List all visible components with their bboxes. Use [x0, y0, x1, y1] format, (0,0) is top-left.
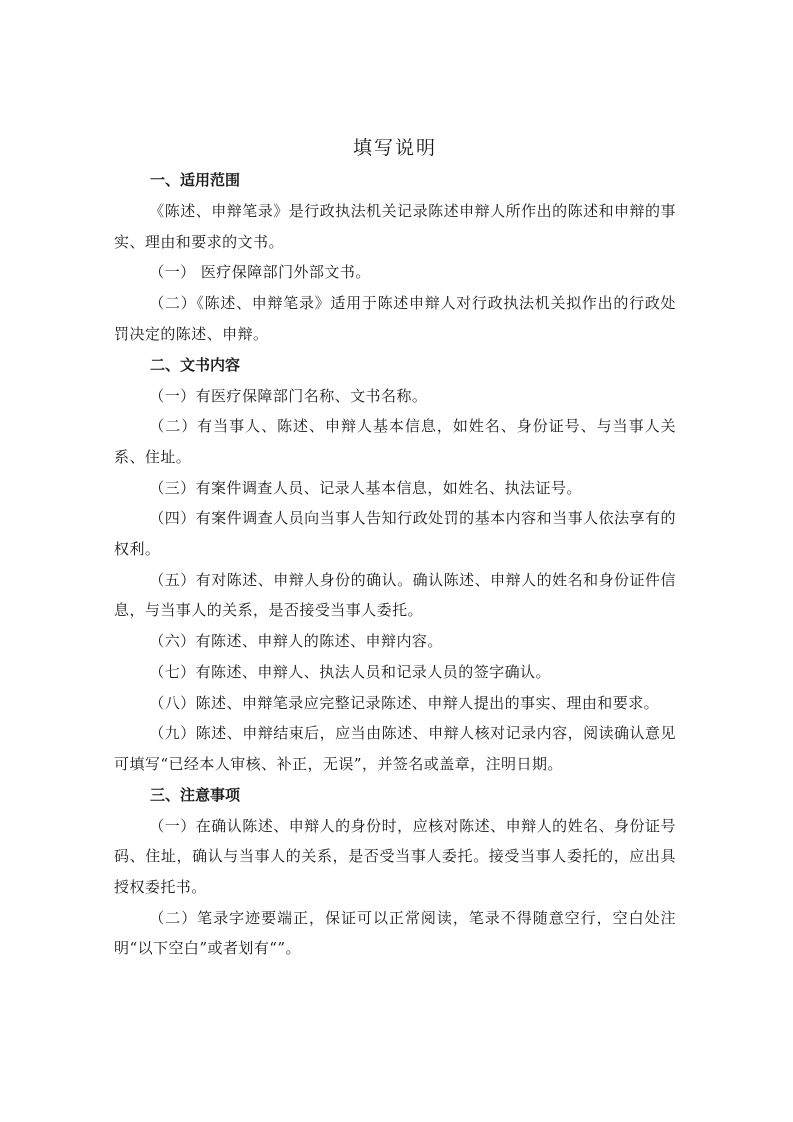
paragraph: （三）有案件调查人员、记录人基本信息，如姓名、执法证号。 — [114, 473, 676, 504]
section-heading: 一、适用范围 — [114, 165, 676, 196]
paragraph: 《陈述、申辩笔录》是行政执法机关记录陈述申辩人所作出的陈述和申辩的事实、理由和要… — [114, 196, 676, 257]
section-notes: 三、注意事项 （一）在确认陈述、申辩人的身份时，应核对陈述、申辩人的姓名、身份证… — [114, 780, 676, 965]
paragraph: （八）陈述、申辩笔录应完整记录陈述、申辩人提出的事实、理由和要求。 — [114, 688, 676, 719]
paragraph: （五）有对陈述、申辩人身份的确认。确认陈述、申辩人的姓名和身份证件信息，与当事人… — [114, 565, 676, 626]
paragraph: （二）有当事人、陈述、申辩人基本信息，如姓名、身份证号、与当事人关系、住址。 — [114, 411, 676, 472]
section-heading: 三、注意事项 — [114, 780, 676, 811]
paragraph: （二）笔录字迹要端正，保证可以正常阅读，笔录不得随意空行，空白处注明“以下空白”… — [114, 903, 676, 964]
section-content: 二、文书内容 （一）有医疗保障部门名称、文书名称。 （二）有当事人、陈述、申辩人… — [114, 350, 676, 780]
paragraph: （一）在确认陈述、申辩人的身份时，应核对陈述、申辩人的姓名、身份证号码、住址，确… — [114, 811, 676, 903]
paragraph: （七）有陈述、申辩人、执法人员和记录人员的签字确认。 — [114, 657, 676, 688]
document-page: 填写说明 一、适用范围 《陈述、申辩笔录》是行政执法机关记录陈述申辩人所作出的陈… — [114, 134, 676, 964]
paragraph: （四）有案件调查人员向当事人告知行政处罚的基本内容和当事人依法享有的权利。 — [114, 503, 676, 564]
paragraph: （一） 医疗保障部门外部文书。 — [114, 257, 676, 288]
section-scope: 一、适用范围 《陈述、申辩笔录》是行政执法机关记录陈述申辩人所作出的陈述和申辩的… — [114, 165, 676, 350]
section-heading: 二、文书内容 — [114, 350, 676, 381]
paragraph: （九）陈述、申辩结束后，应当由陈述、申辩人核对记录内容，阅读确认意见可填写“已经… — [114, 718, 676, 779]
paragraph: （二）《陈述、申辩笔录》适用于陈述申辩人对行政执法机关拟作出的行政处罚决定的陈述… — [114, 288, 676, 349]
page-title: 填写说明 — [114, 134, 676, 162]
paragraph: （一）有医疗保障部门名称、文书名称。 — [114, 381, 676, 412]
paragraph: （六）有陈述、申辩人的陈述、申辩内容。 — [114, 626, 676, 657]
